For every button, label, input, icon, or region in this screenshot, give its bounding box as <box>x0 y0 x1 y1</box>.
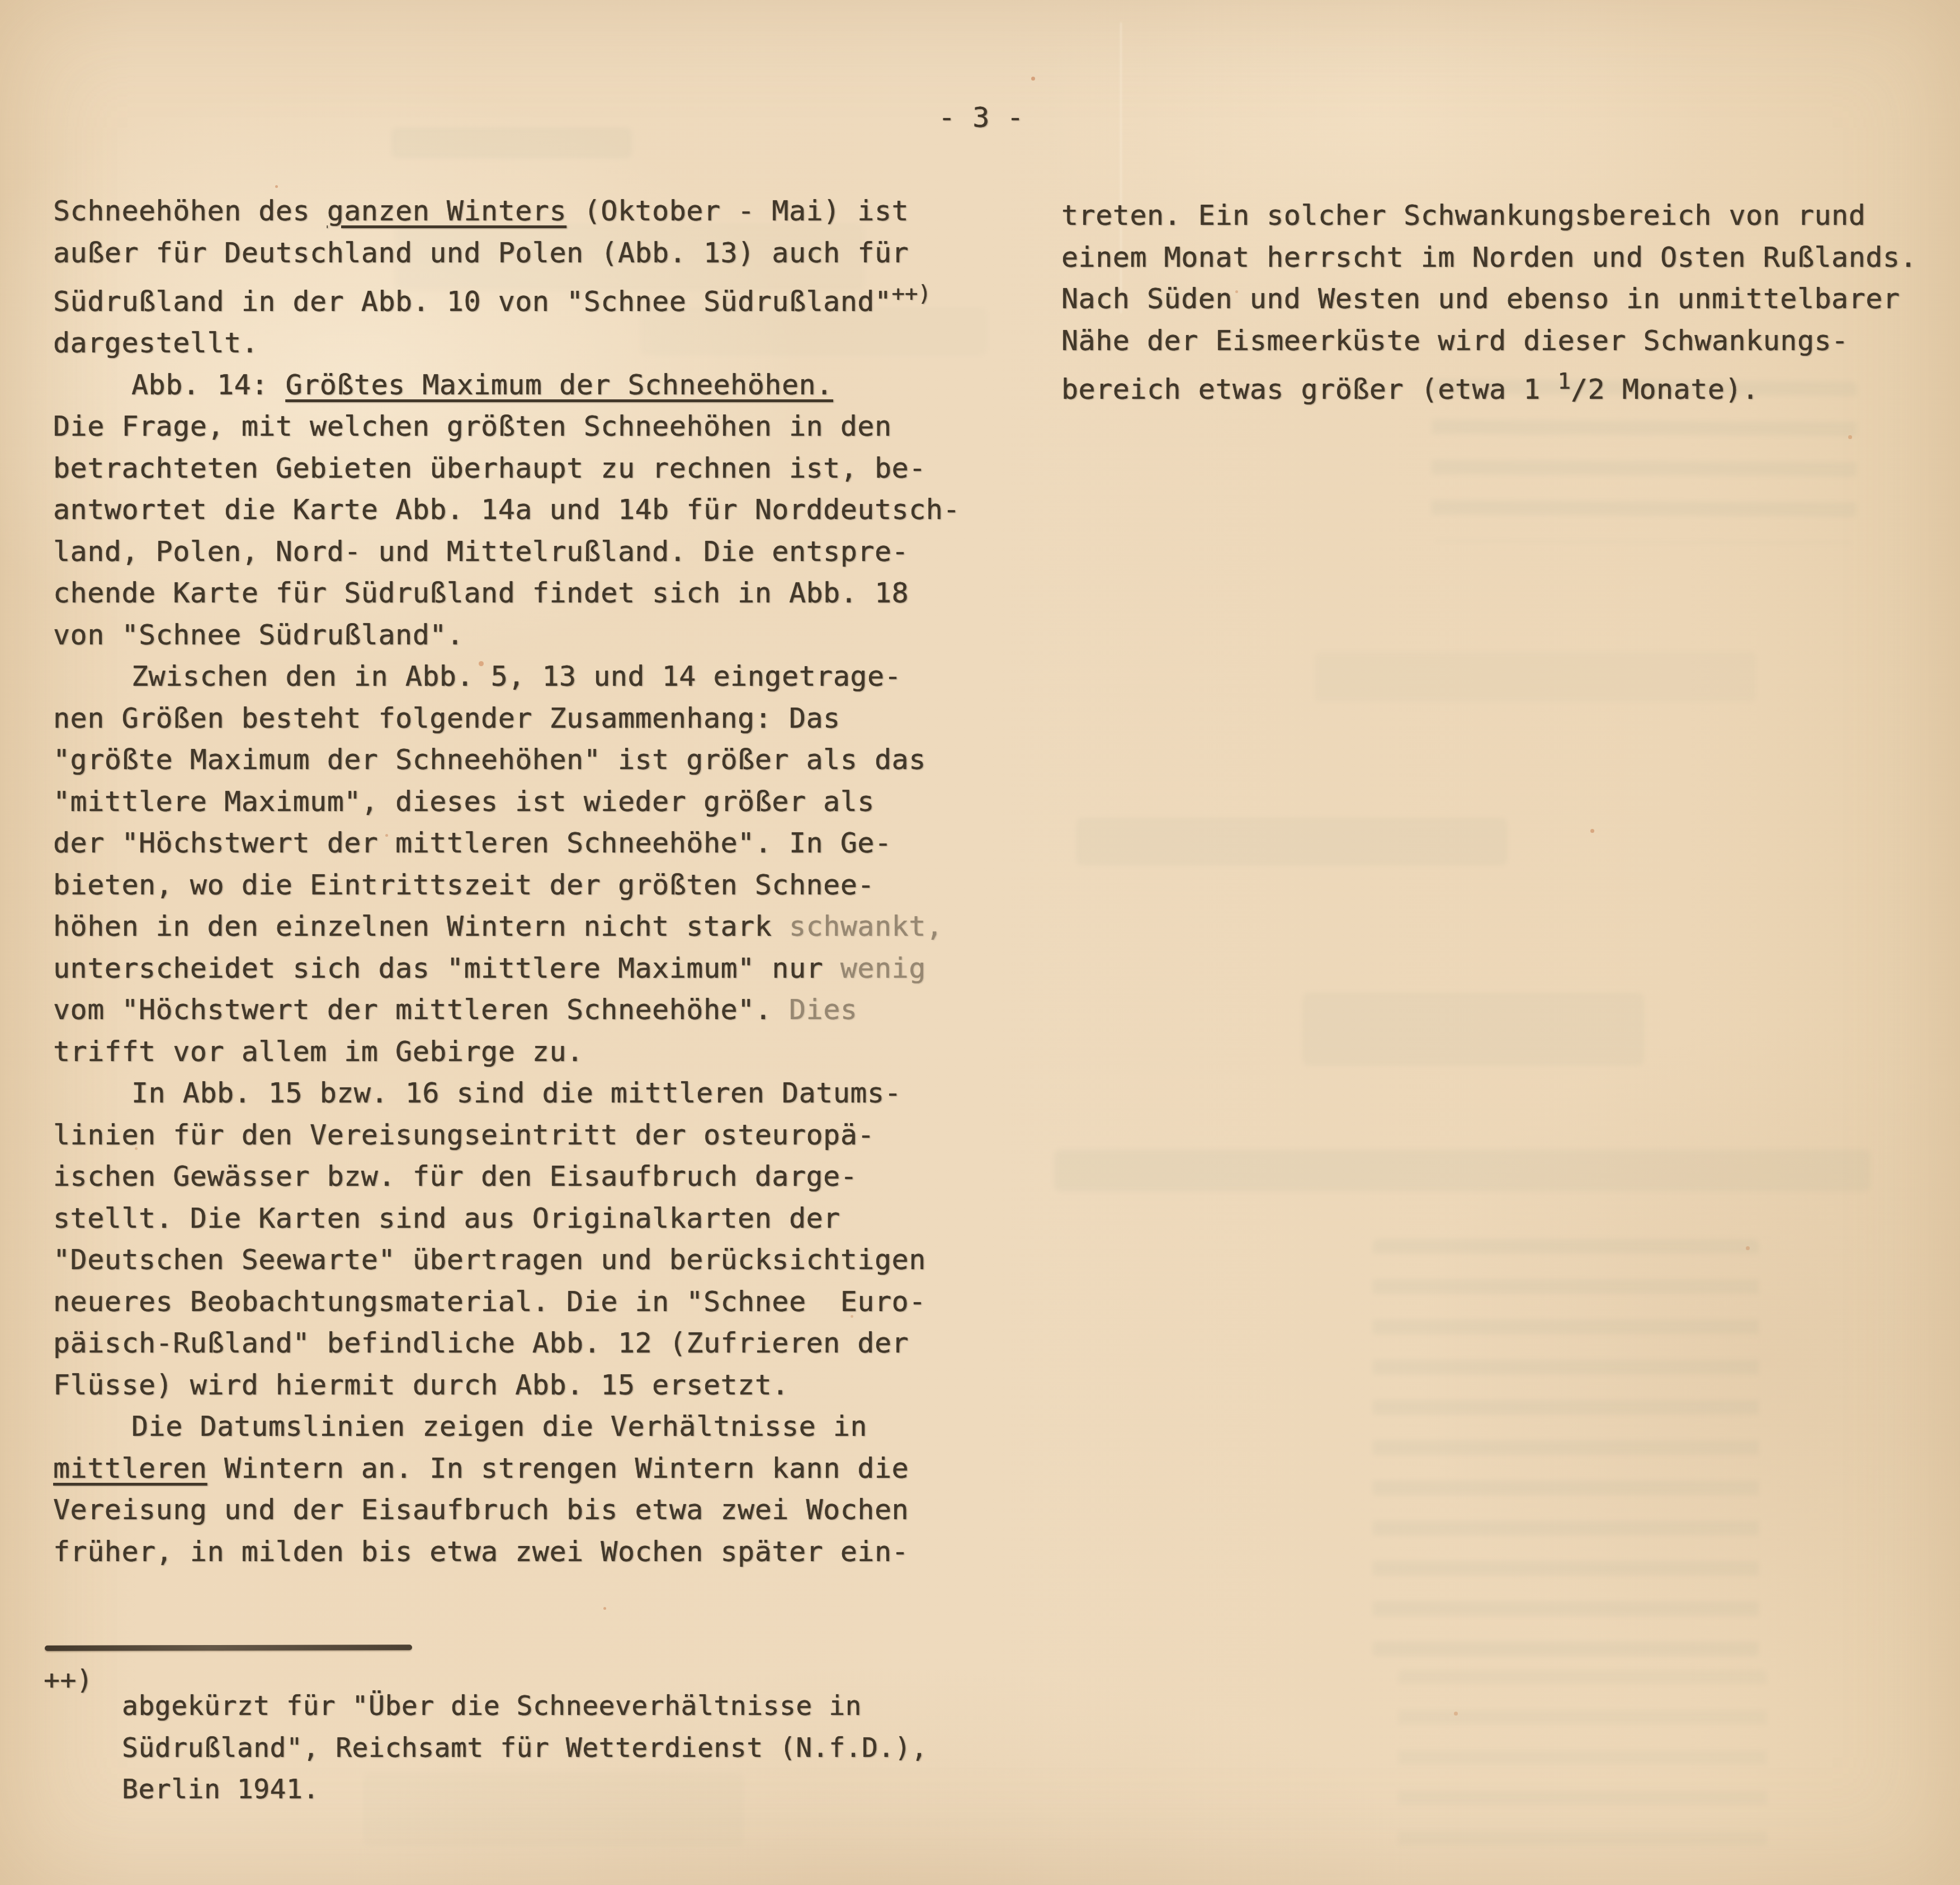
text-segment: päisch-Rußland" befindliche Abb. 12 (Zuf… <box>53 1327 909 1359</box>
text-segment: Flüsse) wird hiermit durch Abb. 15 erset… <box>53 1369 789 1401</box>
text-segment: früher, in milden bis etwa zwei Wochen s… <box>53 1535 909 1568</box>
text-segment: "mittlere Maximum", dieses ist wieder gr… <box>53 785 875 818</box>
text-segment: wenig <box>840 952 926 984</box>
footnote-marker: ++) <box>44 1663 93 1697</box>
text-segment: Wintern an. In strengen Wintern kann die <box>207 1452 909 1485</box>
right-column: treten. Ein solcher Schwankungsbereich v… <box>1061 195 1956 410</box>
text-segment: Südrußland in der Abb. 10 von "Schnee Sü… <box>53 285 892 318</box>
text-line: In Abb. 15 bzw. 16 sind die mittleren Da… <box>53 1072 970 1114</box>
underlined-text: mittleren <box>53 1452 207 1485</box>
text-line: bieten, wo die Eintrittszeit der größten… <box>53 864 970 906</box>
text-segment: antwortet die Karte Abb. 14a und 14b für… <box>53 493 960 526</box>
bleed-through-artifact <box>1303 993 1644 1066</box>
text-line: Zwischen den in Abb. 5, 13 und 14 einget… <box>53 656 970 698</box>
text-line: Nach Süden und Westen und ebenso in unmi… <box>1061 278 1956 320</box>
text-line: neueres Beobachtungsmaterial. Die in "Sc… <box>53 1281 970 1323</box>
text-line: betrachteten Gebieten überhaupt zu rechn… <box>53 447 970 489</box>
underlined-text: Größtes Maximum der Schneehöhen. <box>285 369 833 401</box>
text-segment: "Deutschen Seewarte" übertragen und berü… <box>53 1243 926 1276</box>
text-line: Die Frage, mit welchen größten Schneehöh… <box>53 406 970 447</box>
text-line: bereich etwas größer (etwa 1 1/2 Monate)… <box>1061 361 1956 410</box>
text-line: päisch-Rußland" befindliche Abb. 12 (Zuf… <box>53 1322 970 1364</box>
text-segment: abgekürzt für "Über die Schneeverhältnis… <box>122 1690 862 1722</box>
text-line: treten. Ein solcher Schwankungsbereich v… <box>1061 195 1956 237</box>
text-line: höhen in den einzelnen Wintern nicht sta… <box>53 906 970 948</box>
text-line: Flüsse) wird hiermit durch Abb. 15 erset… <box>53 1364 970 1406</box>
text-segment: Zwischen den in Abb. 5, 13 und 14 einget… <box>131 660 901 692</box>
text-segment: höhen in den einzelnen Wintern nicht sta… <box>53 910 789 943</box>
bleed-through-artifact <box>1314 652 1756 702</box>
text-line: Südrußland in der Abb. 10 von "Schnee Sü… <box>53 274 970 322</box>
text-line: der "Höchstwert der mittleren Schneehöhe… <box>53 822 970 864</box>
text-segment: Die Frage, mit welchen größten Schneehöh… <box>53 410 892 442</box>
text-segment: Dies <box>789 993 857 1026</box>
bleed-through-artifact <box>1076 818 1507 865</box>
bleed-through-artifact <box>1054 1149 1871 1191</box>
text-line: stellt. Die Karten sind aus Originalkart… <box>53 1198 970 1240</box>
text-segment: schwankt, <box>789 910 943 943</box>
text-segment: dargestellt. <box>53 327 258 359</box>
text-segment: Berlin 1941. <box>122 1774 319 1805</box>
text-line: Südrußland", Reichsamt für Wetterdienst … <box>122 1727 928 1769</box>
text-segment: chende Karte für Südrußland findet sich … <box>53 577 909 609</box>
text-segment: vom "Höchstwert der mittleren Schneehöhe… <box>53 993 789 1026</box>
text-segment: Vereisung und der Eisaufbruch bis etwa z… <box>53 1493 909 1526</box>
text-line: Die Datumslinien zeigen die Verhältnisse… <box>53 1406 970 1448</box>
underlined-text: ganzen Winters <box>327 195 566 227</box>
text-line: mittleren Wintern an. In strengen Winter… <box>53 1448 970 1490</box>
footnote: abgekürzt für "Über die Schneeverhältnis… <box>122 1685 928 1811</box>
text-segment: von "Schnee Südrußland". <box>53 619 464 651</box>
text-segment: Abb. 14: <box>131 369 285 401</box>
text-segment: Südrußland", Reichsamt für Wetterdienst … <box>122 1732 928 1764</box>
text-line: Nähe der Eismeerküste wird dieser Schwan… <box>1061 320 1956 362</box>
text-segment: Schneehöhen des <box>53 195 327 227</box>
text-line: land, Polen, Nord- und Mittelrußland. Di… <box>53 531 970 573</box>
text-line: Berlin 1941. <box>122 1769 928 1811</box>
text-line: früher, in milden bis etwa zwei Wochen s… <box>53 1531 970 1573</box>
text-segment: In Abb. 15 bzw. 16 sind die mittleren Da… <box>131 1077 901 1109</box>
text-segment: bereich etwas größer (etwa 1 <box>1061 373 1557 406</box>
bleed-through-artifact <box>391 128 632 158</box>
text-segment: neueres Beobachtungsmaterial. Die in "Sc… <box>53 1285 926 1318</box>
text-line: "Deutschen Seewarte" übertragen und berü… <box>53 1239 970 1281</box>
left-column: Schneehöhen des ganzen Winters (Oktober … <box>53 190 970 1572</box>
text-segment: treten. Ein solcher Schwankungsbereich v… <box>1061 199 1865 232</box>
text-segment: außer für Deutschland und Polen (Abb. 13… <box>53 237 909 269</box>
text-segment: der "Höchstwert der mittleren Schneehöhe… <box>53 827 892 859</box>
text-line: außer für Deutschland und Polen (Abb. 13… <box>53 232 970 274</box>
text-segment: bieten, wo die Eintrittszeit der größten… <box>53 869 875 901</box>
page-number: - 3 - <box>938 101 1024 134</box>
text-line: antwortet die Karte Abb. 14a und 14b für… <box>53 489 970 531</box>
bleed-through-artifact <box>1398 1670 1767 1854</box>
text-line: Vereisung und der Eisaufbruch bis etwa z… <box>53 1489 970 1531</box>
text-segment: einem Monat herrscht im Norden und Osten… <box>1061 241 1917 274</box>
text-line: dargestellt. <box>53 322 970 364</box>
text-line: Schneehöhen des ganzen Winters (Oktober … <box>53 190 970 232</box>
footnote-divider <box>45 1644 412 1651</box>
text-segment: linien für den Vereisungseintritt der os… <box>53 1119 875 1151</box>
text-line: nen Größen besteht folgender Zusammenhan… <box>53 698 970 739</box>
text-segment: Die Datumslinien zeigen die Verhältnisse… <box>131 1410 867 1443</box>
text-segment: ischen Gewässer bzw. für den Eisaufbruch… <box>53 1160 857 1193</box>
text-segment: Nähe der Eismeerküste wird dieser Schwan… <box>1061 324 1849 357</box>
document-page: - 3 - Schneehöhen des ganzen Winters (Ok… <box>0 0 1960 1885</box>
superscript-marker: 1 <box>1557 369 1570 394</box>
text-segment: (Oktober - Mai) ist <box>566 195 909 227</box>
text-line: von "Schnee Südrußland". <box>53 614 970 656</box>
paper-speck <box>0 0 3 3</box>
text-line: unterscheidet sich das "mittlere Maximum… <box>53 948 970 989</box>
text-segment: betrachteten Gebieten überhaupt zu rechn… <box>53 452 926 484</box>
text-segment: nen Größen besteht folgender Zusammenhan… <box>53 702 840 734</box>
text-line: trifft vor allem im Gebirge zu. <box>53 1031 970 1073</box>
text-segment: unterscheidet sich das "mittlere Maximum… <box>53 952 840 984</box>
text-segment: /2 Monate). <box>1571 373 1759 406</box>
superscript-marker: ++) <box>892 281 931 307</box>
text-line: linien für den Vereisungseintritt der os… <box>53 1114 970 1156</box>
text-segment: trifft vor allem im Gebirge zu. <box>53 1035 584 1068</box>
text-line: Abb. 14: Größtes Maximum der Schneehöhen… <box>53 364 970 406</box>
text-segment: "größte Maximum der Schneehöhen" ist grö… <box>53 743 926 776</box>
text-line: vom "Höchstwert der mittleren Schneehöhe… <box>53 989 970 1031</box>
text-line: abgekürzt für "Über die Schneeverhältnis… <box>122 1685 928 1727</box>
text-segment: Nach Süden und Westen und ebenso in unmi… <box>1061 282 1900 315</box>
text-line: chende Karte für Südrußland findet sich … <box>53 572 970 614</box>
text-segment: land, Polen, Nord- und Mittelrußland. Di… <box>53 535 909 568</box>
text-segment: stellt. Die Karten sind aus Originalkart… <box>53 1202 840 1234</box>
text-line: einem Monat herrscht im Norden und Osten… <box>1061 237 1956 279</box>
text-line: ischen Gewässer bzw. für den Eisaufbruch… <box>53 1156 970 1198</box>
bleed-through-artifact <box>1373 1239 1759 1658</box>
text-line: "mittlere Maximum", dieses ist wieder gr… <box>53 781 970 823</box>
text-line: "größte Maximum der Schneehöhen" ist grö… <box>53 739 970 781</box>
